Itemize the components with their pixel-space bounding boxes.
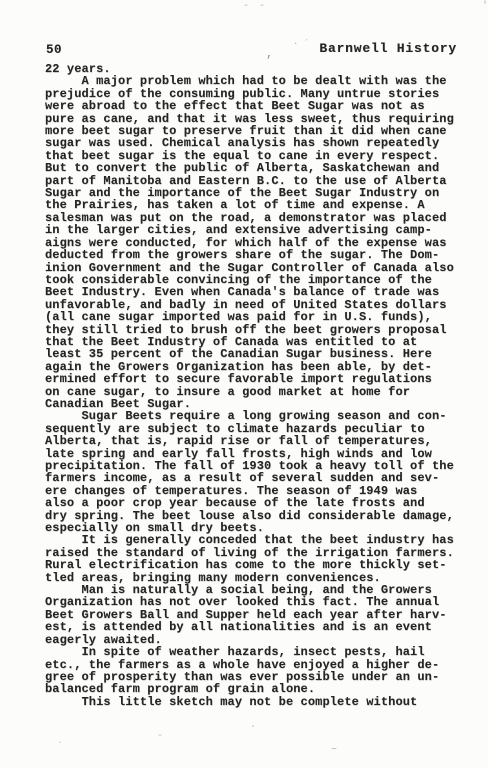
text-line: Organization has not over looked this fa… bbox=[45, 596, 454, 608]
text-line: Beet Industry. Even when Canada's balanc… bbox=[45, 286, 454, 298]
text-line: est, is attended by all nationalities an… bbox=[45, 621, 454, 633]
text-line: This little sketch may not be complete w… bbox=[45, 696, 454, 708]
text-line: were abroad to the effect that Beet Suga… bbox=[45, 100, 454, 112]
text-line: Alberta, that is, rapid rise or fall of … bbox=[45, 435, 454, 447]
scan-artifact: , bbox=[266, 49, 273, 59]
text-line: least 35 percent of the Canadian Sugar b… bbox=[45, 348, 454, 360]
scan-artifact: ' bbox=[482, 2, 488, 12]
scan-artifact: ` bbox=[57, 743, 63, 753]
text-line: the Prairies, has taken a lot of time an… bbox=[45, 199, 454, 211]
text-line: farmers income, as a result of several s… bbox=[45, 472, 454, 484]
scan-artifact: . bbox=[250, 721, 256, 731]
text-line: But to convert the public of Alberta, Sa… bbox=[45, 162, 454, 174]
text-line: A major problem which had to be dealt wi… bbox=[45, 75, 454, 87]
running-title: Barnwell History bbox=[319, 41, 457, 56]
scan-artifact: ~ bbox=[331, 746, 337, 756]
scan-artifact: - bbox=[157, 732, 163, 742]
text-line: sugar was used. Chemical analysis has sh… bbox=[45, 137, 454, 149]
document-page: - - ' · ´ , 50 Barnwell History 22 years… bbox=[0, 0, 488, 768]
text-line: ermined effort to secure favorable impor… bbox=[45, 373, 454, 385]
text-line: (all cane sugar imported was paid for in… bbox=[45, 311, 454, 323]
text-line: It is generally conceded that the beet i… bbox=[45, 534, 454, 546]
text-line: balanced farm program of grain alone. bbox=[45, 683, 454, 695]
text-line: In spite of weather hazards, insect pest… bbox=[45, 646, 454, 658]
scan-artifact: · ´ bbox=[293, 39, 309, 49]
body-text: 22 years. A major problem which had to b… bbox=[45, 63, 454, 708]
text-line: deducted from the growers share of the s… bbox=[45, 249, 454, 261]
page-number: 50 bbox=[46, 43, 62, 57]
text-line: Sugar Beets require a long growing seaso… bbox=[45, 410, 454, 422]
text-line: in the larger cities, and extensive adve… bbox=[45, 224, 454, 236]
text-line: Rural electrification has come to the mo… bbox=[45, 559, 454, 571]
scan-artifact: - - bbox=[243, 2, 267, 12]
text-line: also a poor crop year because of the lat… bbox=[45, 497, 454, 509]
